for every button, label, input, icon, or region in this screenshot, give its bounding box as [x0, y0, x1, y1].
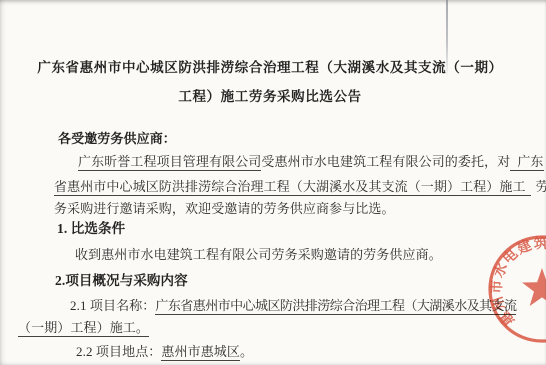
intro-middle-text: 受惠州市水电建筑工程有限公司的委托，对 [261, 154, 510, 169]
salutation: 各受邀劳务供应商： [58, 131, 176, 146]
document-title-line2: 工程）施工劳务采购比选公告 [0, 89, 540, 104]
section1-heading: 1. 比选条件 [57, 221, 125, 236]
item-2-1-line2: （一期）工程）施工。 [18, 320, 149, 335]
item-2-1-value-line2-underlined: （一期）工程）施工。 [18, 320, 149, 337]
item-2-1-value-underlined: 广东省惠州市中心城区防洪排涝综合治理工程（大湖溪水及其支流 [155, 298, 516, 315]
intro-line2-tail: 劳 [536, 179, 546, 194]
item-2-2-value-underlined: 惠州市惠城区 [161, 344, 240, 361]
section2-heading: 2.项目概况与采购内容 [55, 273, 188, 288]
intro-line3: 务采购进行邀请采购，欢迎受邀请的劳务供应商参与比选。 [54, 201, 395, 216]
item-2-1-label: 2.1 项目名称： [70, 298, 155, 313]
agency-name-underlined: 广东昕誉工程项目管理有限公司 [78, 154, 261, 171]
scan-crease-line [446, 0, 448, 78]
seal-outer-circle-icon [490, 237, 546, 341]
item-2-2-label: 2.2 项目地点： [76, 344, 161, 359]
item-2-2-period: 。 [240, 344, 253, 359]
project-name-underlined-start: 广东 [510, 154, 543, 171]
seal-star-icon [522, 268, 546, 306]
project-name-underlined-rest: 省惠州市中心城区防洪排涝综合治理工程（大湖溪水及其支流（一期）工程）施工 [54, 179, 531, 196]
intro-line2: 省惠州市中心城区防洪排涝综合治理工程（大湖溪水及其支流（一期）工程）施工劳 [54, 179, 546, 194]
item-2-2-line: 2.2 项目地点：惠州市惠城区。 [76, 344, 253, 359]
section1-body: 收到惠州市水电建筑工程有限公司劳务采购邀请的劳务供应商。 [75, 247, 442, 262]
item-2-1-line1: 2.1 项目名称：广东省惠州市中心城区防洪排涝综合治理工程（大湖溪水及其支流 [70, 298, 516, 313]
seal-company-arc-text: 惠州市水电建筑工程有限公司 [488, 235, 546, 329]
scanned-document-page: 广东省惠州市中心城区防洪排涝综合治理工程（大湖溪水及其支流（一期） 工程）施工劳… [0, 0, 546, 365]
intro-line1: 广东昕誉工程项目管理有限公司受惠州市水电建筑工程有限公司的委托，对广东 [78, 154, 544, 169]
company-seal: 惠州市水电建筑工程有限公司 [467, 214, 546, 364]
document-title-line1: 广东省惠州市中心城区防洪排涝综合治理工程（大湖溪水及其支流（一期） [0, 60, 540, 75]
